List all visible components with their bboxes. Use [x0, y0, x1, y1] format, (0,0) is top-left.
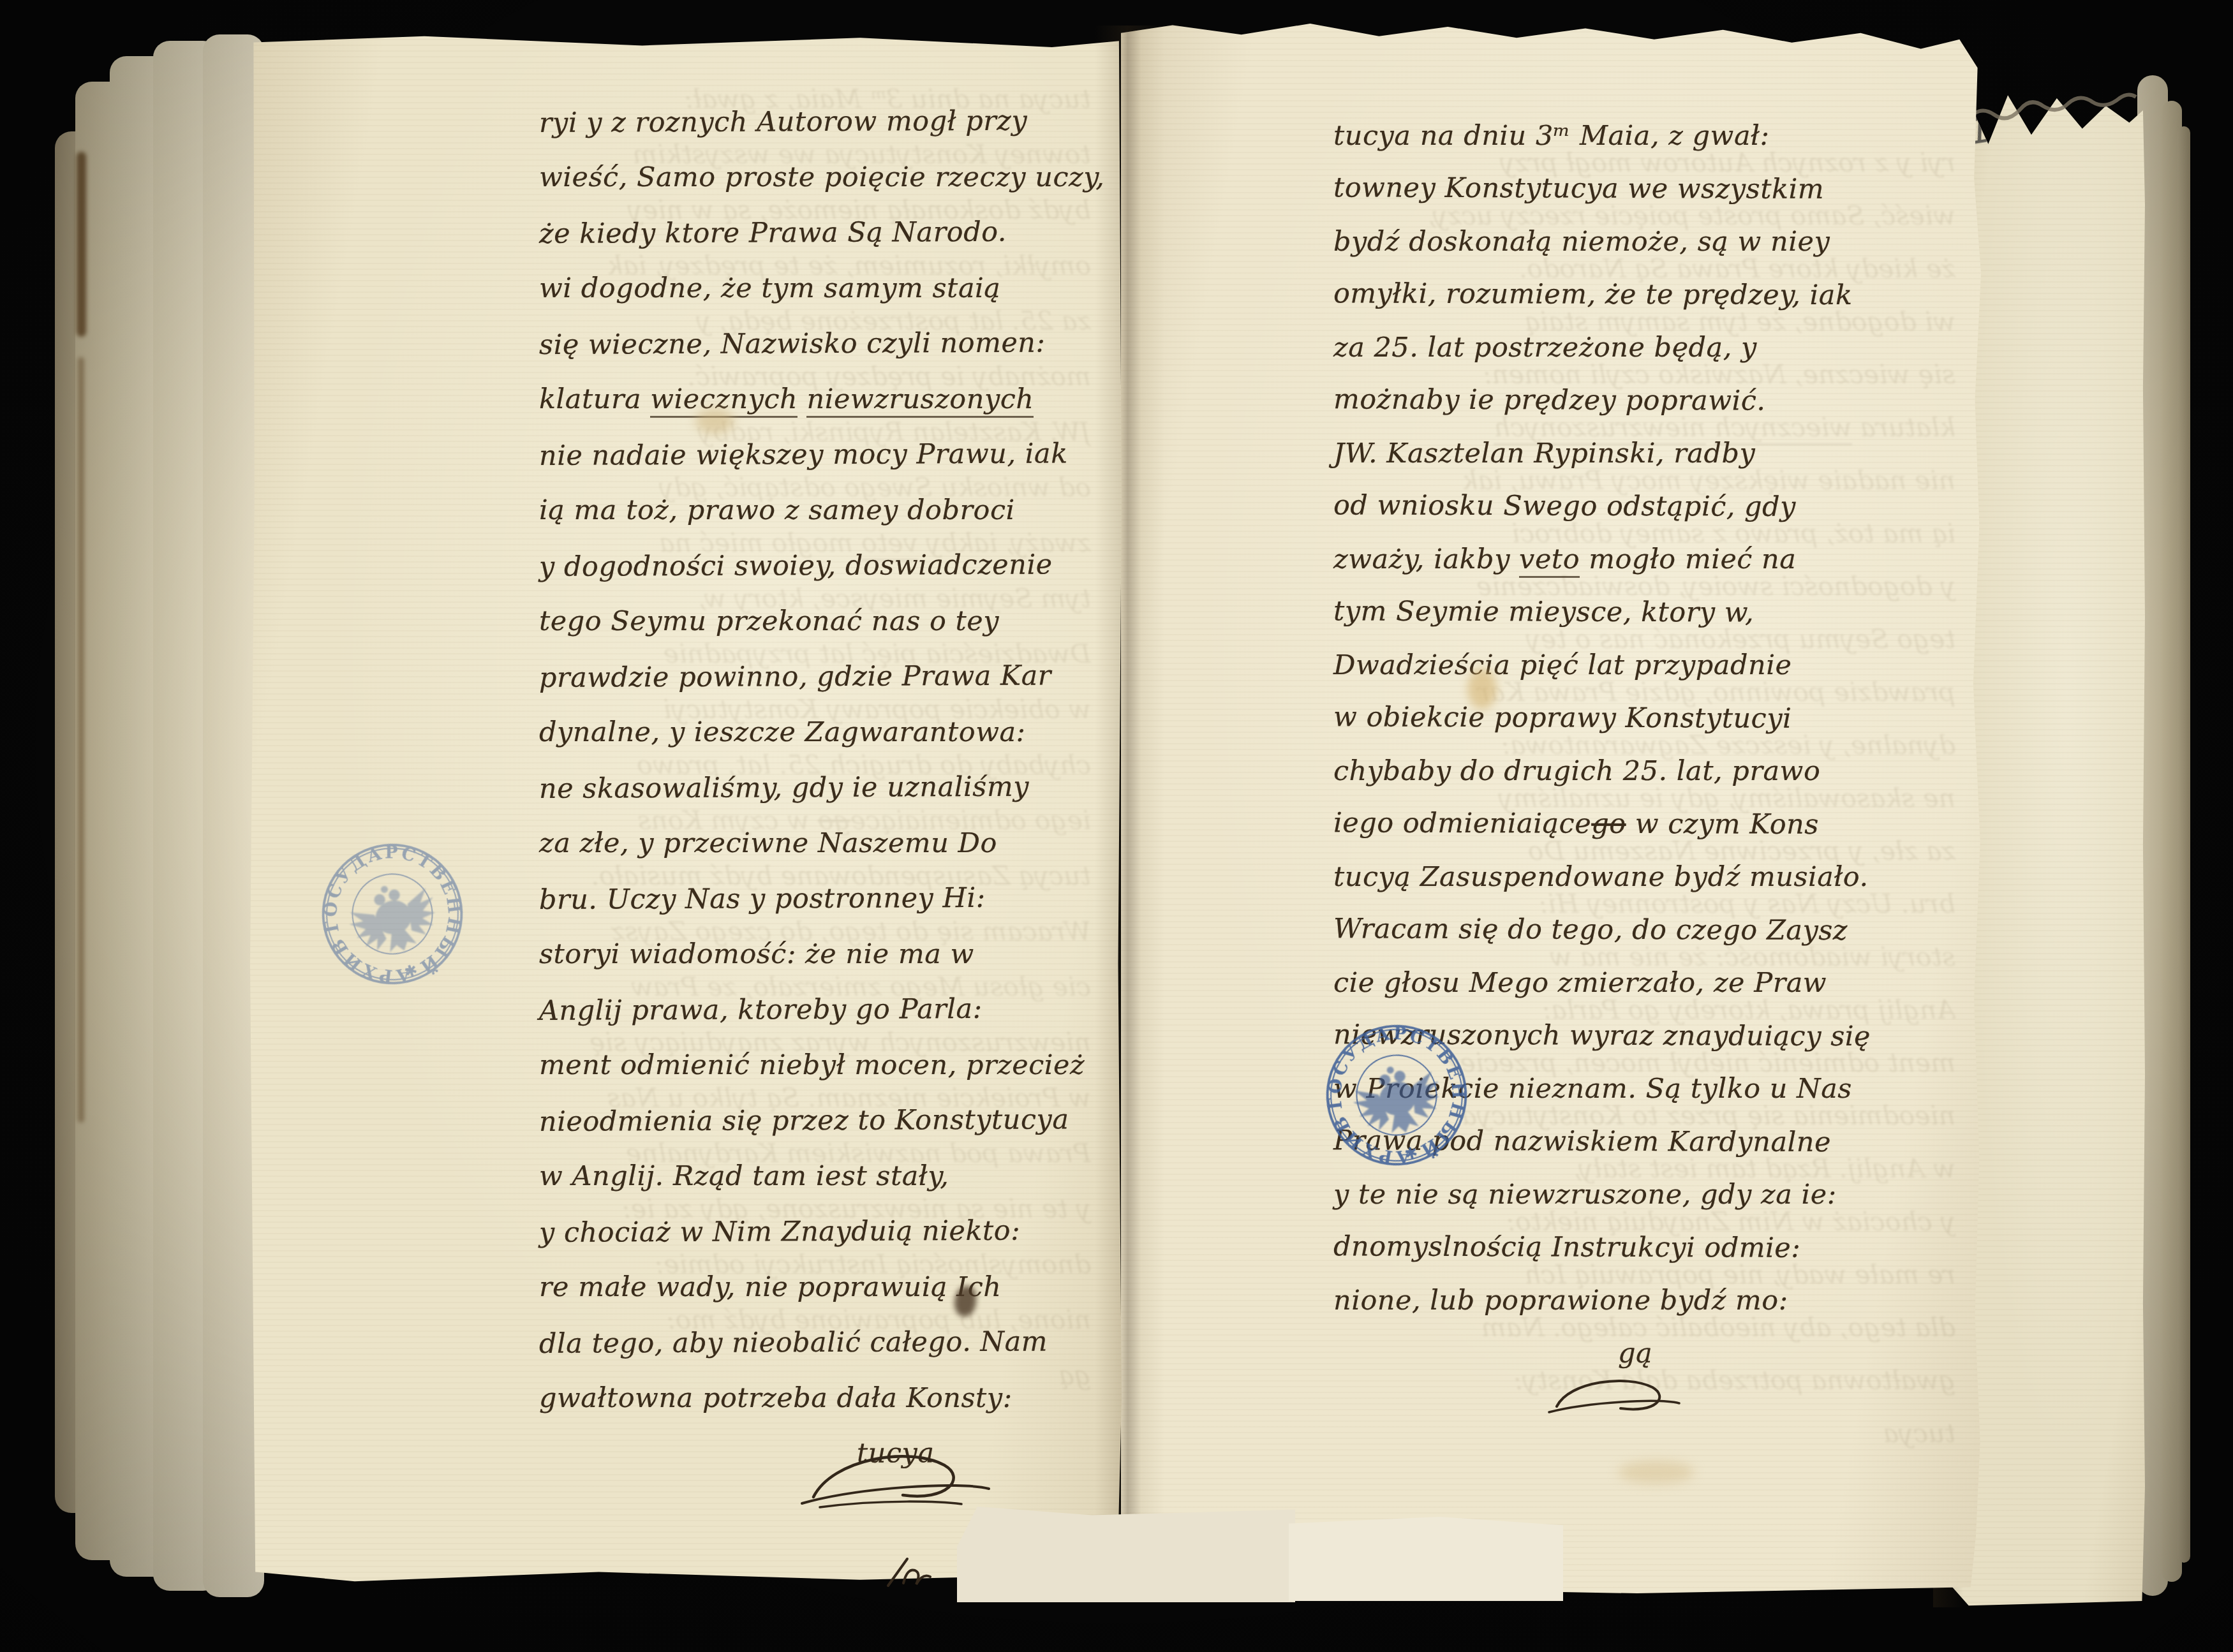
manuscript-line: towney Konstytucya we wszystkim — [1333, 161, 1949, 216]
left-page-text: ryi y z roznych Autorow mogł przywieść, … — [539, 94, 1116, 1482]
ink-mark — [882, 1554, 939, 1592]
manuscript-line: storyi wiadomość: że nie ma w — [539, 927, 1116, 982]
manuscript-line: re małe wady, nie poprawuią Ich — [539, 1260, 1116, 1315]
manuscript-line: tego Seymu przekonać nas o tey — [539, 594, 1116, 649]
manuscript-line: gwałtowna potrzeba dała Konsty: — [539, 1371, 1116, 1426]
manuscript-line: że kiedy ktore Prawa Są Narodo. — [539, 204, 1116, 262]
manuscript-line: Dwadzieścia pięć lat przypadnie — [1333, 639, 1949, 692]
paper-stain — [1618, 1461, 1695, 1484]
manuscript-line: możnaby ie prędzey poprawić. — [1333, 373, 1949, 428]
manuscript-line: dnomyslnością Instrukcyi odmie: — [1333, 1220, 1949, 1275]
manuscript-line: nieodmienia się przez to Konstytucya — [539, 1092, 1116, 1150]
manuscript-line: się wieczne, Nazwisko czyli nomen: — [539, 315, 1116, 373]
manuscript-line: dla tego, aby nieobalić całego. Nam — [539, 1314, 1116, 1372]
manuscript-line: ment odmienić niebył mocen, przecież — [539, 1038, 1116, 1093]
manuscript-line: tucya na dniu 3ᵐ Maia, z gwał: — [1333, 110, 1949, 163]
manuscript-line: tym Seymie mieysce, ktory w, — [1333, 585, 1949, 640]
manuscript-line: klatura wiecznych niewzruszonych — [539, 372, 1116, 427]
ink-flourish — [794, 1443, 998, 1513]
manuscript-line: od wniosku Swego odstąpić, gdy — [1333, 479, 1949, 534]
page-edge-stack-right — [2177, 126, 2190, 1563]
binding-stain — [77, 152, 86, 337]
right-page-text: tucya na dniu 3ᵐ Maia, z gwał:towney Kon… — [1333, 110, 1949, 1380]
double-eagle-icon — [1347, 1056, 1449, 1143]
manuscript-line: dynalne, y ieszcze Zagwarantowa: — [539, 705, 1116, 760]
manuscript-line: Wracam się do tego, do czego Zaysz — [1333, 903, 1949, 957]
manuscript-line: Anglij prawa, ktoreby go Parla: — [539, 981, 1116, 1039]
manuscript-line: wi dogodne, że tym samym staią — [539, 261, 1116, 316]
manuscript-line: nie nadaie większey mocy Prawu, iak — [539, 426, 1116, 484]
manuscript-line: ią ma toż, prawo z samey dobroci — [539, 483, 1116, 538]
manuscript-line: iego odmieniaiącego w czym Kons — [1333, 797, 1949, 852]
manuscript-line: y dogodności swoiey, doswiadczenie — [539, 537, 1116, 595]
torn-edge — [1964, 88, 2137, 139]
manuscript-line: wieść, Samo proste poięcie rzeczy uczy, — [539, 150, 1116, 205]
manuscript-line: ne skasowaliśmy, gdy ie uznaliśmy — [539, 759, 1116, 817]
manuscript-line: y te nie są niewzruszone, gdy za ie: — [1333, 1169, 1949, 1221]
manuscript-line: omyłki, rozumiem, że te prędzey, iak — [1333, 267, 1949, 322]
manuscript-line: zważy, iakby veto mogło mieć na — [1333, 533, 1949, 586]
manuscript-line: ryi y z roznych Autorow mogł przy — [539, 93, 1116, 151]
manuscript-line: w Anglij. Rząd tam iest stały, — [539, 1149, 1116, 1204]
manuscript-line: w obiekcie poprawy Konstytucyi — [1333, 691, 1949, 746]
manuscript-line: cie głosu Mego zmierzało, ze Praw — [1333, 957, 1949, 1010]
manuscript-line: tucyą Zasuspendowane bydź musiało. — [1333, 851, 1949, 904]
paper-stain — [1467, 668, 1497, 709]
manuscript-line: bydź doskonałą niemoże, są w niey — [1333, 216, 1949, 269]
manuscript-line: nione, lub poprawione bydź mo: — [1333, 1274, 1949, 1327]
binding-stain — [78, 357, 84, 1123]
bottom-page-fold — [1289, 1517, 1563, 1601]
bottom-page-fold — [957, 1507, 1295, 1602]
manuscript-line: za 25. lat postrzeżone będą, y — [1333, 321, 1949, 374]
manuscript-line: y chociaż w Nim Znayduią niekto: — [539, 1203, 1116, 1261]
manuscript-line: JW. Kasztelan Rypinski, radby — [1333, 427, 1949, 480]
paper-stain — [695, 408, 734, 434]
ink-flourish — [1544, 1371, 1684, 1422]
manuscript-line: prawdzie powinno, gdzie Prawa Kar — [539, 648, 1116, 706]
manuscript-line: za złe, y przeciwne Naszemu Do — [539, 816, 1116, 871]
manuscript-line: bru. Uczy Nas y postronney Hi: — [539, 870, 1116, 928]
manuscript-scan: 361 360 Iuz w powyż=łem, że do tegoyinym… — [0, 0, 2233, 1652]
manuscript-line: chybaby do drugich 25. lat, prawo — [1333, 745, 1949, 798]
